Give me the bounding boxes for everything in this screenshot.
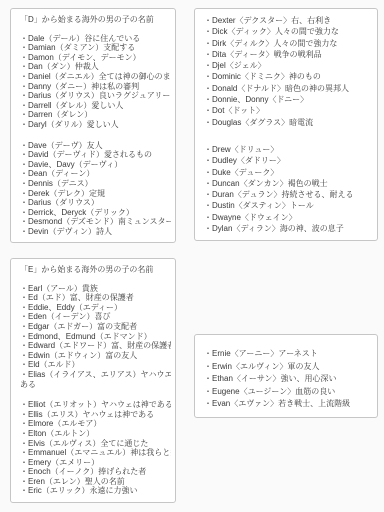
names-page: 「D」から始まる海外の男の子の名前 ・Dale（デール）谷に住んでいる ・Dam… <box>0 0 384 512</box>
d-name-group-a: ・Dale（デール）谷に住んでいる ・Damian（ダミアン）支配する ・Dam… <box>20 34 171 130</box>
name-entry: ・Ernie〈アーニー〉アーネスト <box>204 348 373 361</box>
name-entry: ・Daryl（ダリル）愛しい人 <box>20 120 171 130</box>
name-entry: ・David（デーヴィド）愛されるもの <box>20 150 171 160</box>
name-entry: ・Eddie、Eddy（エディー） <box>20 303 171 313</box>
name-entry: ・Dudley〈ダドリー〉 <box>204 155 373 166</box>
name-entry: ・Dan（ダン）仲裁人 <box>20 62 171 72</box>
name-entry: ・Dustin〈ダスティン〉トール <box>204 200 373 211</box>
d-name-group-b: ・Dave（デーヴ）友人 ・David（デーヴィド）愛されるもの ・Davie、… <box>20 141 171 237</box>
name-entry: ・Dean（ディーン） <box>20 169 171 179</box>
name-entry: ・Dennis（デニス） <box>20 179 171 189</box>
name-entry: ・Donald〈ドナルド〉暗色の神の異邦人 <box>204 83 373 94</box>
name-entry: ・Earl（アール）貴族 <box>20 284 171 294</box>
name-entry: ・Duke〈デューク〉 <box>204 167 373 178</box>
name-entry: ・Evan〈エヴァン〉若き戦士、上流階級 <box>204 398 373 411</box>
name-entry: ・Duncan〈ダンカン〉褐色の戦士 <box>204 178 373 189</box>
name-entry: ・Danny（ダニー）神は私の審判 <box>20 82 171 92</box>
name-entry: ・Emmanuel（エマニュエル）神は我らと共に <box>20 448 171 458</box>
name-entry: ・Darren（ダレン） <box>20 110 171 120</box>
name-entry: ・Eld（エルド） <box>20 360 171 370</box>
name-entry: ・Donnie、Donny〈ドニー〉 <box>204 94 373 105</box>
name-entry: ・Eric（エリック）永遠に力強い <box>20 486 171 496</box>
name-entry: ・Desmond（デズモンド）南ミュンスター <box>20 217 171 227</box>
name-entry: ・Dwayne〈ドウェイン〉 <box>204 212 373 223</box>
name-entry: ・Eugene〈ユージーン〉血筋の良い <box>204 386 373 399</box>
name-entry: ・Dave（デーヴ）友人 <box>20 141 171 151</box>
d-name-group-c: ・Dexter〈デクスター〉右、右利き ・Dick〈ディック〉人々の間で強力な … <box>204 15 373 128</box>
name-entry: ・Damian（ダミアン）支配する <box>20 43 171 53</box>
name-entry: ・Erwin〈エルヴィン〉軍の友人 <box>204 361 373 374</box>
name-entry: ・Dylan〈ディラン〉海の神、波の息子 <box>204 223 373 234</box>
name-entry: ・Edwin（エドウィン）富の友人 <box>20 351 171 361</box>
name-entry: ・Eden（イーデン）喜び <box>20 312 171 322</box>
e-names-box-2: ・Ernie〈アーニー〉アーネスト ・Erwin〈エルヴィン〉軍の友人 ・Eth… <box>194 334 378 418</box>
name-entry: ・Devin（デヴィン）詩人 <box>20 227 171 237</box>
name-entry: ・Douglas〈ダグラス〉暗電流 <box>204 117 373 128</box>
name-entry: ・Damon（デイモン、デーモン） <box>20 53 171 63</box>
name-entry: ・Dirk〈ディルク〉人々の間で強力な <box>204 38 373 49</box>
name-entry: ・Ellis（エリス）ヤハウェは神である <box>20 410 171 420</box>
name-entry: ・Davie、Davy（デーヴィ） <box>20 160 171 170</box>
d-box-title: 「D」から始まる海外の男の子の名前 <box>20 15 171 25</box>
name-entry: ・Ethan〈イーサン〉強い、用心深い <box>204 373 373 386</box>
d-name-group-d: ・Drew〈ドリュー〉 ・Dudley〈ダドリー〉 ・Duke〈デューク〉 ・D… <box>204 144 373 234</box>
name-entry: ・Derek（デレク）定規 <box>20 189 171 199</box>
name-entry: ・Elvis（エルヴィス）全てに通じた <box>20 439 171 449</box>
name-entry: ・Emery（エメリー） <box>20 458 171 468</box>
name-entry: ・Dot〈ドット〉 <box>204 105 373 116</box>
name-entry: ・Duran〈デュラン〉持続させる、耐える <box>204 189 373 200</box>
e-name-group-a: ・Earl（アール）貴族 ・Ed（エド）富、財産の保護者 ・Eddie、Eddy… <box>20 284 171 390</box>
d-names-box-1: 「D」から始まる海外の男の子の名前 ・Dale（デール）谷に住んでいる ・Dam… <box>10 8 176 243</box>
name-entry: ・Darrell（ダレル）愛しい人 <box>20 101 171 111</box>
e-name-group-b: ・Elliot（エリオット）ヤハウェは神である ・Ellis（エリス）ヤハウェは… <box>20 400 171 496</box>
name-entry: ・Dexter〈デクスター〉右、右利き <box>204 15 373 26</box>
name-entry: ・Dick〈ディック〉人々の間で強力な <box>204 26 373 37</box>
name-entry-continuation: ある <box>20 380 171 390</box>
name-entry: ・Daniel（ダニエル）全ては神の御心のままに <box>20 72 171 82</box>
name-entry: ・Edmond、Edmund（エドマンド） <box>20 332 171 342</box>
name-entry: ・Ed（エド）富、財産の保護者 <box>20 293 171 303</box>
name-entry: ・Djel〈ジェル〉 <box>204 60 373 71</box>
name-entry: ・Eren（エレン）聖人の名前 <box>20 477 171 487</box>
name-entry: ・Darius（ダリウス） <box>20 198 171 208</box>
name-entry: ・Elton（エルトン） <box>20 429 171 439</box>
e-name-group-c: ・Ernie〈アーニー〉アーネスト ・Erwin〈エルヴィン〉軍の友人 ・Eth… <box>204 348 373 411</box>
name-entry: ・Edgar（エドガー）富の支配者 <box>20 322 171 332</box>
name-entry: ・Derrick、Deryck（デリック） <box>20 208 171 218</box>
name-entry: ・Dominic〈ドミニク〉神のもの <box>204 71 373 82</box>
name-entry: ・Drew〈ドリュー〉 <box>204 144 373 155</box>
name-entry: ・Elmore（エルモア） <box>20 419 171 429</box>
name-entry: ・Elias（イライアス、エリアス）ヤハウエは神で <box>20 370 171 380</box>
name-entry: ・Dita〈ディータ〉戦争の戦利品 <box>204 49 373 60</box>
name-entry: ・Elliot（エリオット）ヤハウェは神である <box>20 400 171 410</box>
name-entry: ・Edward（エドワード）富、財産の保護者 <box>20 341 171 351</box>
name-entry: ・Darius（ダリウス）良いラグジュアリー <box>20 91 171 101</box>
e-names-box-1: 「E」から始まる海外の男の子の名前 ・Earl（アール）貴族 ・Ed（エド）富、… <box>10 258 176 503</box>
d-names-box-2: ・Dexter〈デクスター〉右、右利き ・Dick〈ディック〉人々の間で強力な … <box>194 8 378 241</box>
name-entry: ・Enoch（イーノク）捧げられた者 <box>20 467 171 477</box>
name-entry: ・Dale（デール）谷に住んでいる <box>20 34 171 44</box>
e-box-title: 「E」から始まる海外の男の子の名前 <box>20 265 171 275</box>
